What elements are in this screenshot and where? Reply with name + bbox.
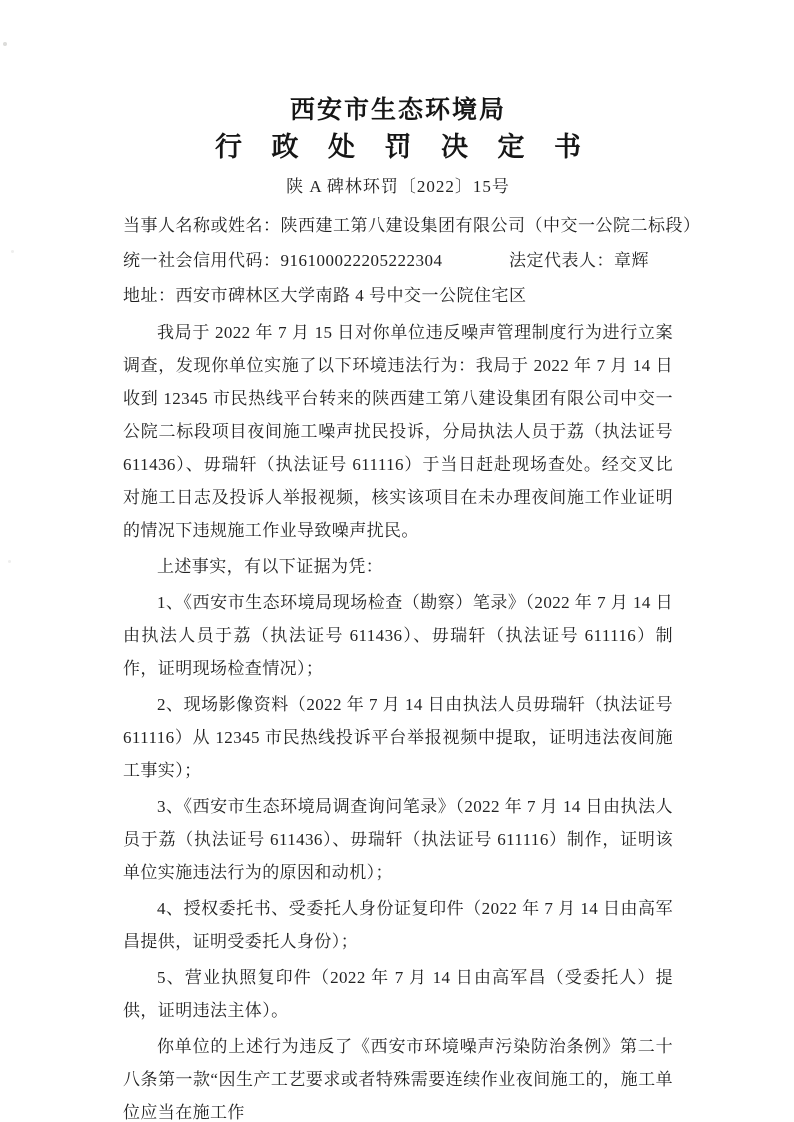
paragraph-evidence-item-1: 1、《西安市生态环境局现场检查（勘察）笔录》（2022 年 7 月 14 日由执… — [123, 586, 673, 685]
legal-rep-pair: 法定代表人：章辉 — [509, 243, 673, 278]
paragraph-evidence-item-5: 5、营业执照复印件（2022 年 7 月 14 日由高军昌（受委托人）提供，证明… — [123, 961, 673, 1027]
party-info-block: 当事人名称或姓名：陕西建工第八建设集团有限公司（中交一公院二标段） 统一社会信用… — [123, 208, 673, 313]
address-line: 地址：西安市碑林区大学南路 4 号中交一公院住宅区 — [123, 278, 673, 313]
credit-code-line: 统一社会信用代码：916100022205222304 法定代表人：章辉 — [123, 243, 673, 278]
scan-speck — [8, 560, 11, 563]
credit-code-pair: 统一社会信用代码：916100022205222304 — [123, 243, 443, 278]
document-number: 陕 A 碑林环罚〔2022〕15号 — [123, 176, 673, 198]
scanned-document-page: 西安市生态环境局 行 政 处 罚 决 定 书 陕 A 碑林环罚〔2022〕15号… — [0, 0, 794, 1122]
paragraph-evidence-item-4: 4、授权委托书、受委托人身份证复印件（2022 年 7 月 14 日由高军昌提供… — [123, 892, 673, 958]
scan-speck — [3, 42, 7, 46]
credit-code-label: 统一社会信用代码： — [123, 251, 281, 270]
paragraph-evidence-item-3: 3、《西安市生态环境局调查询问笔录》（2022 年 7 月 14 日由执法人员于… — [123, 790, 673, 889]
party-name-line: 当事人名称或姓名：陕西建工第八建设集团有限公司（中交一公院二标段） — [123, 208, 673, 243]
issuing-authority-title: 西安市生态环境局 — [123, 96, 673, 124]
party-name-label: 当事人名称或姓名： — [123, 216, 281, 235]
credit-code-value: 916100022205222304 — [281, 251, 443, 270]
paragraph-evidence-intro: 上述事实，有以下证据为凭： — [123, 550, 673, 583]
legal-rep-label: 法定代表人： — [509, 251, 614, 270]
address-label: 地址： — [123, 286, 176, 305]
document-content: 西安市生态环境局 行 政 处 罚 决 定 书 陕 A 碑林环罚〔2022〕15号… — [123, 96, 673, 1122]
scan-speck — [11, 250, 14, 253]
paragraph-case-intro: 我局于 2022 年 7 月 15 日对你单位违反噪声管理制度行为进行立案调查，… — [123, 316, 673, 547]
address-value: 西安市碑林区大学南路 4 号中交一公院住宅区 — [176, 286, 527, 305]
paragraph-evidence-item-2: 2、现场影像资料（2022 年 7 月 14 日由执法人员毋瑞轩（执法证号 61… — [123, 688, 673, 787]
document-body: 我局于 2022 年 7 月 15 日对你单位违反噪声管理制度行为进行立案调查，… — [123, 316, 673, 1122]
paragraph-violation-conclusion: 你单位的上述行为违反了《西安市环境噪声污染防治条例》第二十八条第一款“因生产工艺… — [123, 1030, 673, 1122]
document-type-title: 行 政 处 罚 决 定 书 — [123, 131, 684, 163]
legal-rep-value: 章辉 — [614, 251, 649, 270]
party-name-value: 陕西建工第八建设集团有限公司（中交一公院二标段） — [281, 216, 701, 235]
